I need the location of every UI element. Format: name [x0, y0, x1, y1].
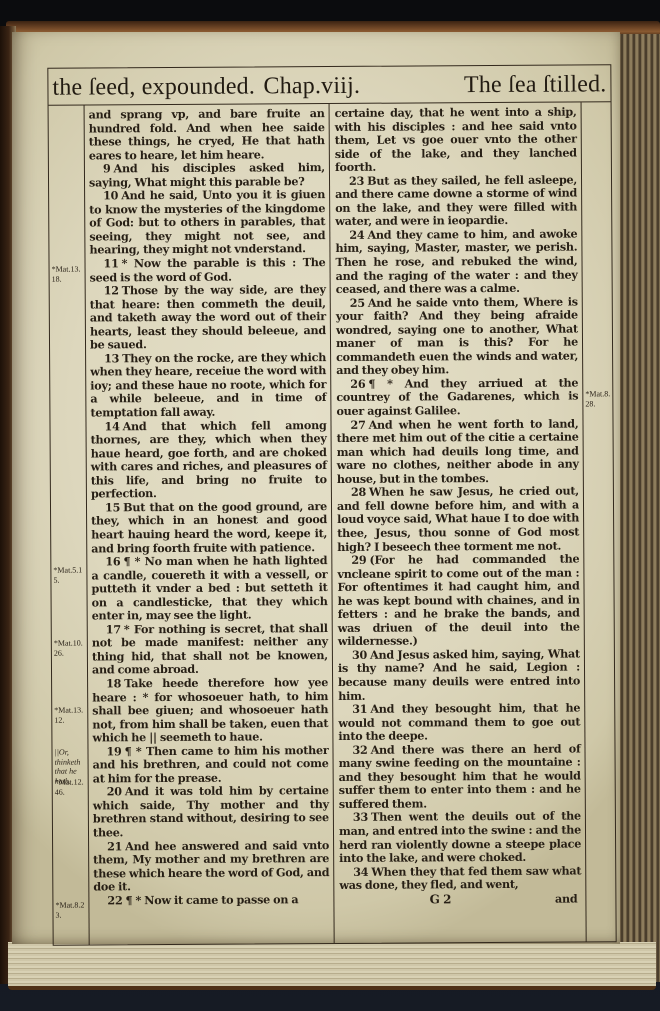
verse-number: 29	[351, 553, 369, 567]
verse-text: And that which fell among thornes, are t…	[91, 418, 327, 501]
verse-number: 25	[350, 295, 368, 309]
verse-text: But that on the good ground, are they, w…	[91, 499, 327, 555]
verse-number: 23	[349, 174, 367, 188]
verse-text: And Jesus asked him, saying, What is thy…	[338, 646, 580, 702]
verse-text: certaine day, that he went into a ship, …	[335, 104, 577, 174]
verse: 21And hee answered and said vnto them, M…	[93, 839, 329, 895]
verse-text: Take heede therefore how yee heare : * f…	[92, 675, 328, 745]
verse-number: 28	[351, 485, 369, 499]
verse-text: And he said, Unto you it is giuen to kno…	[89, 187, 325, 257]
verse: 20And it was told him by certaine which …	[93, 784, 329, 840]
verse-number: 17	[106, 622, 124, 636]
verse-number: 26	[350, 377, 368, 391]
verse-number: 22	[107, 893, 125, 907]
verse-text: and sprang vp, and bare fruite an hundre…	[89, 106, 325, 162]
verse-text: And it was told him by certaine which sa…	[93, 783, 329, 839]
verse-number: 21	[107, 839, 125, 853]
verse-number: 19	[106, 744, 124, 758]
verse: 33Then went the deuils out of the man, a…	[339, 810, 581, 866]
verse-number: 10	[103, 189, 121, 203]
verse-number: 20	[107, 785, 125, 799]
verse: 9And his disciples asked him, saying, Wh…	[89, 161, 325, 190]
verse-text: ¶ * Then came to him his mother and his …	[93, 743, 329, 786]
verse: 28When he saw Jesus, he cried out, and f…	[337, 485, 579, 554]
verse-number: 18	[106, 676, 124, 690]
chapter-heading: Chap.viij.	[263, 73, 360, 101]
verse: 19¶ * Then came to him his mother and hi…	[92, 744, 328, 786]
margin-note: *Mat.8.28.	[585, 389, 612, 408]
running-header-left: the ſeed, expounded.	[52, 73, 255, 101]
verse: 12Those by the way side, are they that h…	[90, 283, 326, 352]
verse-text: Then went the deuils out of the man, and…	[339, 809, 581, 865]
verse-text: And they came to him, and awoke him, say…	[335, 226, 577, 296]
verse-number: 15	[105, 500, 123, 514]
right-text-column: certaine day, that he went into a ship, …	[335, 105, 582, 908]
verse: 31And they besought him, that he would n…	[338, 702, 580, 744]
verse-text: ¶ * Now it came to passe on a	[125, 892, 298, 907]
verse-number: 16	[105, 554, 123, 568]
verse-number: 14	[104, 419, 122, 433]
verse-text: ¶ * No man when he hath lighted a candle…	[91, 553, 327, 623]
left-margin-notes: *Mat.13. 18.*Mat.5.15.*Mat.10. 26.*Mat.1…	[49, 69, 87, 945]
verse-text: * For nothing is secret, that shall not …	[92, 621, 328, 677]
signature-row: G 2and	[339, 892, 581, 908]
verse-number: 11	[103, 256, 121, 270]
verse-text: And hee answered and said vnto them, My …	[93, 838, 329, 894]
verse: 25And he saide vnto them, Where is your …	[336, 295, 578, 378]
verse: 30And Jesus asked him, saying, What is t…	[338, 647, 580, 703]
text-frame: the ſeed, expounded. Chap.viij. The ſea …	[47, 64, 616, 945]
verse-text: ¶ * And they arriued at the countrey of …	[336, 375, 578, 418]
verse-number: 33	[353, 810, 371, 824]
verse: 10And he said, Unto you it is giuen to k…	[89, 188, 325, 257]
verse-text: And his disciples asked him, saying, Wha…	[89, 160, 325, 189]
verse: 15But that on the good ground, are they,…	[91, 500, 327, 556]
verse: 22¶ * Now it came to passe on a	[93, 893, 329, 908]
verse-text: And when he went forth to land, there me…	[337, 416, 579, 486]
verse-number: 30	[352, 648, 370, 662]
verse: 17* For nothing is secret, that shall no…	[92, 622, 328, 678]
verse: 29(For he had commanded the vncleane spi…	[337, 553, 580, 649]
verse: 24And they came to him, and awoke him, s…	[335, 227, 577, 296]
page-stack-right-edge	[618, 34, 660, 982]
verse: 26¶ * And they arriued at the countrey o…	[336, 376, 578, 418]
catchword: and	[555, 892, 578, 906]
verse-text: And they besought him, that he would not…	[338, 701, 580, 744]
verse-text: Those by the way side, are they that hea…	[90, 282, 326, 352]
verse: certaine day, that he went into a ship, …	[335, 105, 577, 174]
verse-text: * Now the parable is this : The seed is …	[90, 255, 326, 284]
verse-number: 12	[104, 283, 122, 297]
verse: 14And that which fell among thornes, are…	[90, 419, 326, 502]
verse: 32And there was there an herd of many sw…	[338, 742, 580, 811]
verse: and sprang vp, and bare fruite an hundre…	[89, 107, 325, 163]
verse: 16¶ * No man when he hath lighted a cand…	[91, 554, 327, 623]
verse: 11* Now the parable is this : The seed i…	[89, 256, 325, 285]
left-text-column: and sprang vp, and bare fruite an hundre…	[89, 107, 330, 908]
verse-text: But as they sailed, he fell asleepe, and…	[335, 172, 577, 228]
verse-number: 27	[350, 417, 368, 431]
page-stack-bottom-edge	[8, 942, 656, 990]
verse: 27And when he went forth to land, there …	[336, 417, 578, 486]
verse-text: And he saide vnto them, Where is your fa…	[336, 294, 578, 377]
verse-text: When they that fed them saw what was don…	[339, 863, 581, 892]
margin-note: *Mat.5.15.	[53, 566, 85, 585]
verse-text: When he saw Jesus, he cried out, and fel…	[337, 484, 579, 554]
running-header: the ſeed, expounded. Chap.viij. The ſea …	[48, 65, 610, 105]
verse-text: They on the rocke, are they which when t…	[90, 350, 326, 420]
verse-text: And there was there an herd of many swin…	[339, 741, 581, 811]
verse-number: 34	[353, 864, 371, 878]
verse-text: (For he had commanded the vncleane spiri…	[337, 552, 579, 649]
margin-note: *Mat.13. 12.	[54, 706, 86, 725]
signature-mark: G 2	[339, 892, 541, 907]
verse-number: 13	[104, 351, 122, 365]
margin-note: *Mat.13. 18.	[52, 265, 84, 284]
verse-number: 24	[349, 228, 367, 242]
scanned-page: the ſeed, expounded. Chap.viij. The ſea …	[12, 32, 620, 944]
verse: 18Take heede therefore how yee heare : *…	[92, 676, 328, 745]
verse: 13They on the rocke, are they which when…	[90, 351, 326, 420]
right-margin-notes: *Mat.8.28.	[582, 65, 615, 941]
verse: 23But as they sailed, he fell asleepe, a…	[335, 173, 577, 229]
column-divider-rule	[329, 104, 335, 943]
margin-note: *Mat.10. 26.	[54, 639, 86, 658]
verse-number: 9	[103, 162, 114, 176]
margin-note: *Mat.8.23.	[55, 901, 87, 920]
verse-number: 32	[352, 742, 370, 756]
verse: 34When they that fed them saw what was d…	[339, 864, 581, 893]
margin-note: *Mat.12. 46.	[55, 778, 87, 797]
verse-number: 31	[352, 702, 370, 716]
